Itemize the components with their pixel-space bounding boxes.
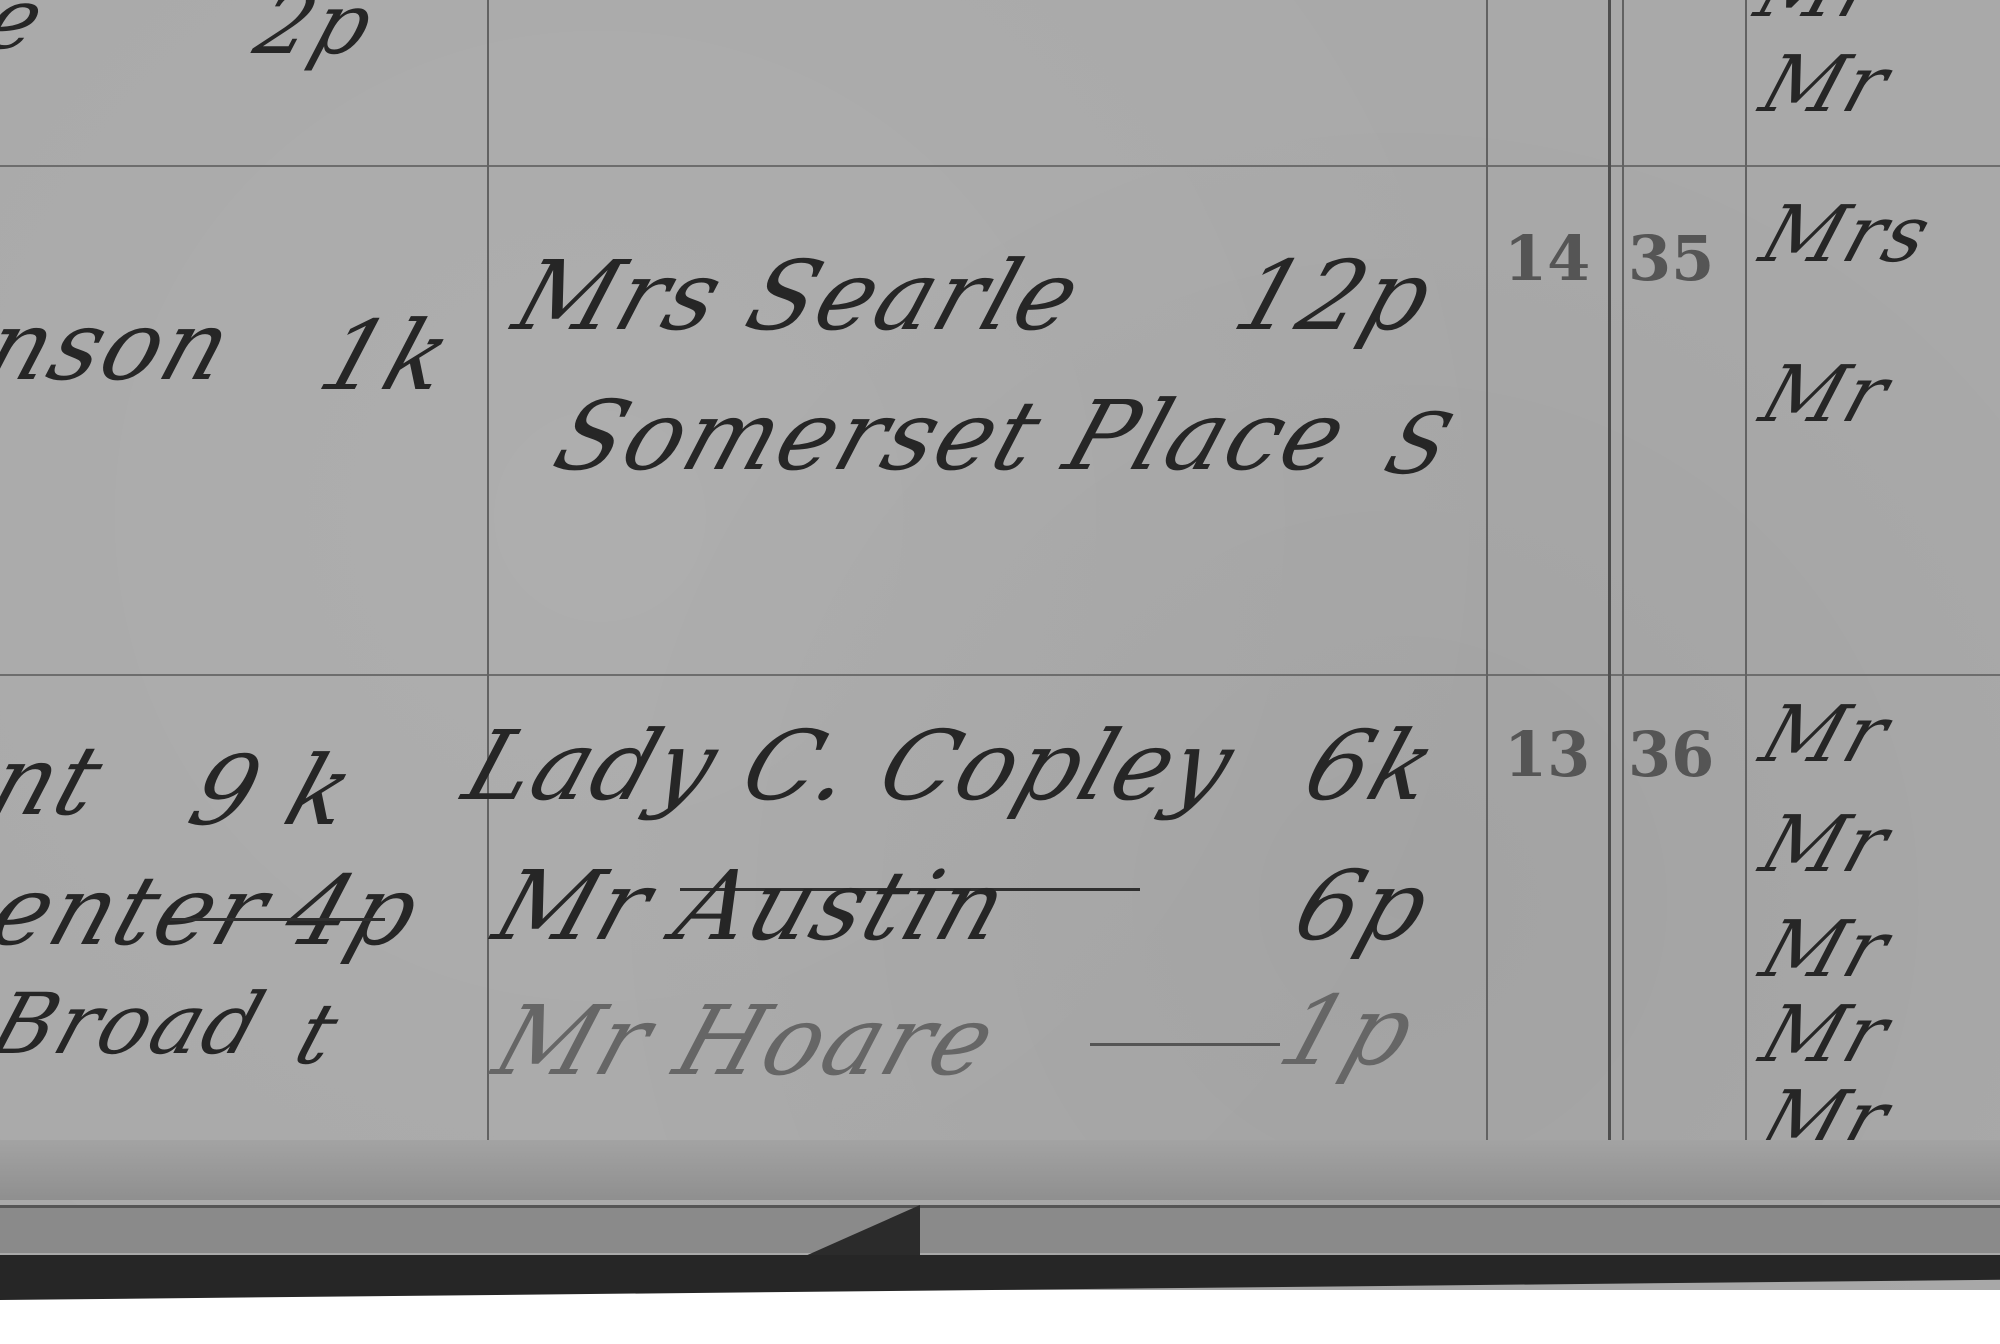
column-rule-5 [1745, 0, 1747, 1180]
row1-left-quantity: 1k [307, 300, 467, 412]
row1-address-mark: S [1374, 395, 1465, 493]
book-binding [0, 1255, 2000, 1300]
row1-right-name-1: Mrs [1750, 190, 1942, 280]
row2-column-a: 13 [1504, 718, 1590, 791]
row2-entry-qty-2: 6p [1282, 850, 1445, 962]
top-right-name-1: Mr [1745, 0, 1895, 35]
top-left-fragment: e [0, 0, 58, 68]
row2-right-name-1: Mr [1750, 690, 1900, 780]
row1-entry-address: Somerset Place [542, 380, 1362, 492]
row2-left-qty-3: t [284, 985, 352, 1083]
column-rule-4 [1622, 0, 1624, 1180]
row2-column-b: 36 [1628, 718, 1714, 791]
row2-right-name-2: Mr [1750, 800, 1900, 890]
row1-entry-name: Mrs Searle [502, 240, 1096, 352]
row2-entry-qty-1: 6k [1292, 710, 1452, 822]
row2-entry-name-1: Lady C. Copley [452, 710, 1249, 822]
row1-column-b: 35 [1628, 222, 1714, 295]
row2-left-name-3: Broad [0, 975, 277, 1073]
row2-right-name-3: Mr [1750, 905, 1900, 995]
ledger-page: e 2p Mr Mr nson 1k Mrs Searle 12p Somers… [0, 0, 2000, 1290]
page-bottom-shadow [0, 1140, 2000, 1200]
row2-left-name-2: enter [0, 855, 283, 967]
row1-column-a: 14 [1504, 222, 1590, 295]
row2-left-strikethrough [170, 918, 385, 921]
row2-right-name-4: Mr [1750, 990, 1900, 1080]
top-right-name-2: Mr [1750, 40, 1900, 130]
row1-entry-quantity: 12p [1222, 240, 1448, 352]
row1-left-name: nson [0, 290, 247, 402]
row1-right-name-2: Mr [1750, 350, 1900, 440]
row-divider-middle [0, 674, 2000, 676]
row2-entry-name-3: Mr Hoare [482, 985, 1011, 1097]
row2-entry-dash [1090, 1043, 1280, 1046]
column-rule-3 [1608, 0, 1611, 1180]
row2-entry-qty-3: 1p [1267, 975, 1430, 1087]
column-rule-1 [487, 0, 489, 1180]
page-edge [0, 1205, 2000, 1253]
row2-left-qty-2: 4p [272, 855, 435, 967]
row2-left-name-1: nt [0, 725, 118, 837]
row2-left-qty-1: 9 k [177, 735, 369, 847]
column-rule-2 [1486, 0, 1488, 1180]
top-left-quantity: 2p [244, 0, 387, 73]
row-divider-top [0, 165, 2000, 167]
row2-entry-name-2: Mr Austin [482, 850, 1023, 962]
